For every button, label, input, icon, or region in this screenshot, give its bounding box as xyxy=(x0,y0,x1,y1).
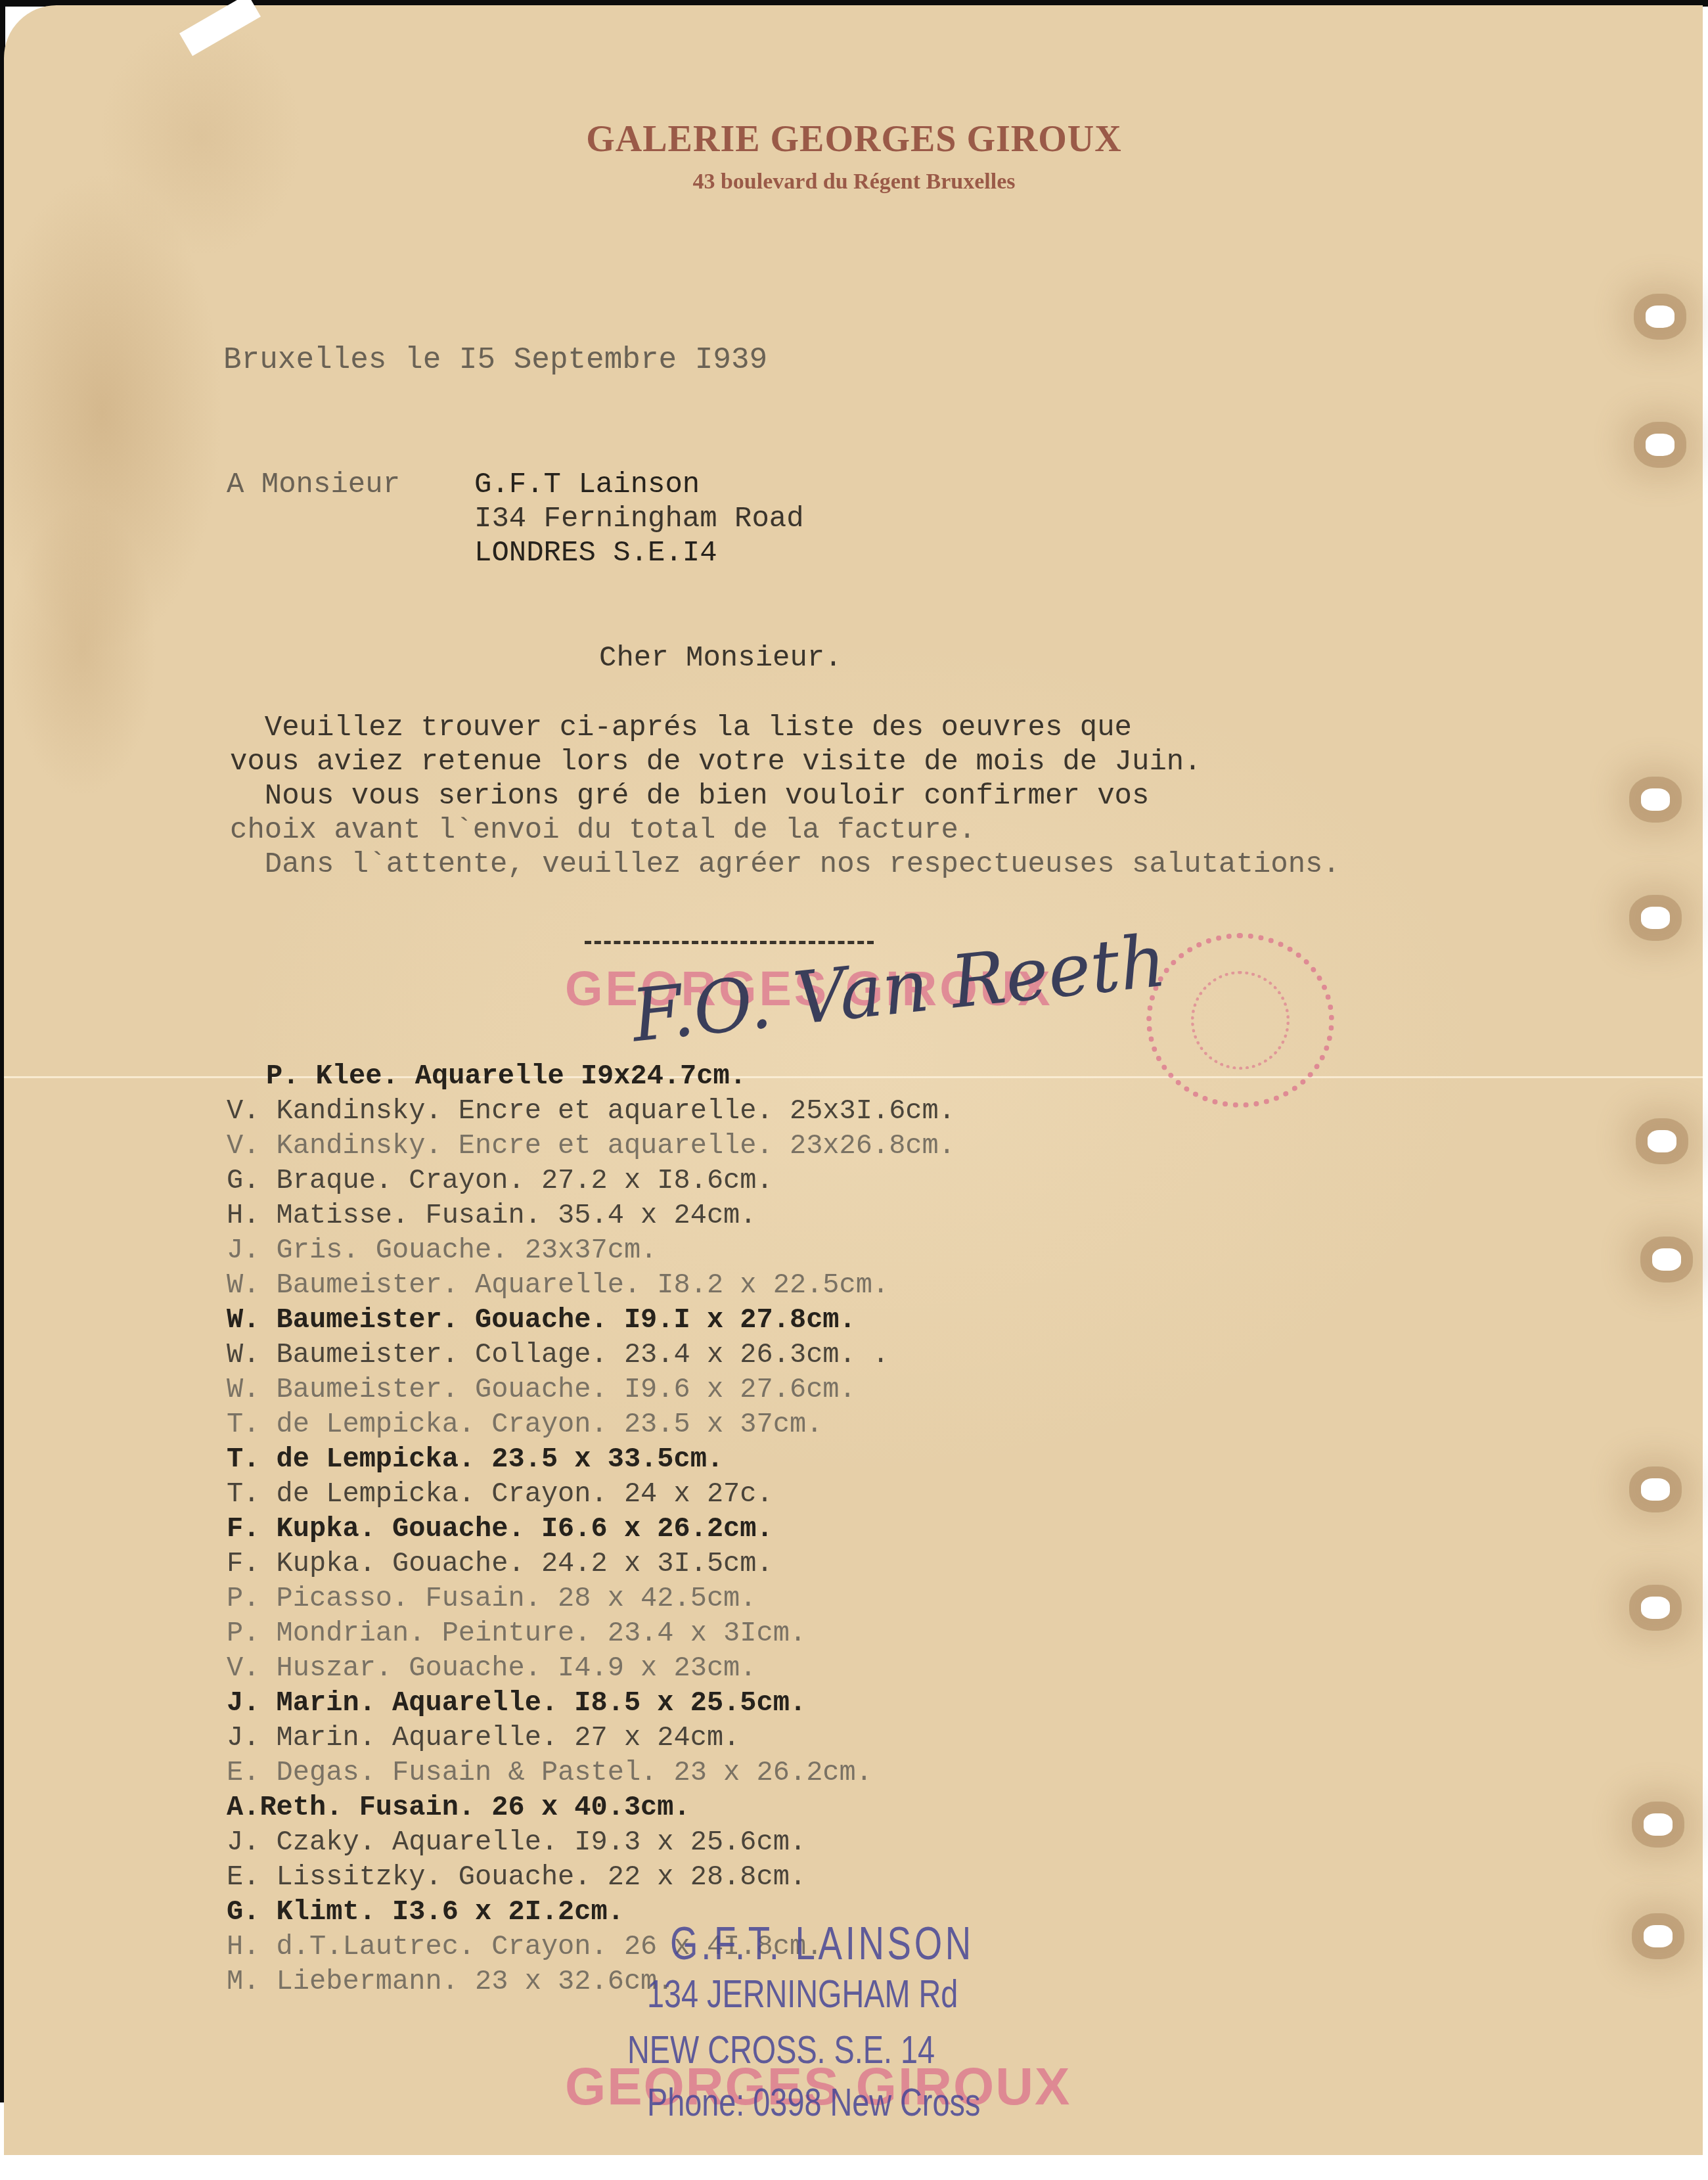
gallery-name: GALERIE GEORGES GIROUX xyxy=(0,118,1708,160)
artwork-item: W. Baumeister. Gouache. I9.6 x 27.6cm. xyxy=(227,1373,955,1407)
punch-hole xyxy=(1641,1478,1670,1501)
artwork-item: A.Reth. Fusain. 26 x 40.3cm. xyxy=(227,1790,955,1825)
signature-line xyxy=(585,941,874,944)
punch-hole xyxy=(1641,788,1670,811)
date-line: Bruxelles le I5 Septembre I939 xyxy=(223,343,767,377)
artwork-item: V. Huszar. Gouache. I4.9 x 23cm. xyxy=(227,1651,955,1686)
punch-hole xyxy=(1652,1248,1681,1271)
body-line-4: choix avant l`envoi du total de la factu… xyxy=(230,813,976,848)
recipient-stamp-name: G.F.T. LAINSON xyxy=(670,1917,974,1970)
artwork-item: P. Klee. Aquarelle I9x24.7cm. xyxy=(227,1059,955,1094)
gallery-seal-stamp xyxy=(1146,933,1334,1108)
artwork-item: F. Kupka. Gouache. 24.2 x 3I.5cm. xyxy=(227,1547,955,1581)
greeting: Cher Monsieur. xyxy=(599,641,842,675)
artwork-item: H. Matisse. Fusain. 35.4 x 24cm. xyxy=(227,1198,955,1233)
artwork-item: P. Picasso. Fusain. 28 x 42.5cm. xyxy=(227,1581,955,1616)
artwork-item: W. Baumeister. Gouache. I9.I x 27.8cm. xyxy=(227,1303,955,1338)
artwork-item: J. Czaky. Aquarelle. I9.3 x 25.6cm. xyxy=(227,1825,955,1860)
artwork-item: V. Kandinsky. Encre et aquarelle. 25x3I.… xyxy=(227,1094,955,1129)
seal-monogram xyxy=(1191,971,1290,1070)
punch-hole xyxy=(1646,306,1674,328)
punch-hole xyxy=(1644,1813,1673,1836)
artwork-list: P. Klee. Aquarelle I9x24.7cm. V. Kandins… xyxy=(227,1059,955,1999)
artwork-item: F. Kupka. Gouache. I6.6 x 26.2cm. xyxy=(227,1512,955,1547)
artwork-item: W. Baumeister. Aquarelle. I8.2 x 22.5cm. xyxy=(227,1268,955,1303)
artwork-item: T. de Lempicka. Crayon. 23.5 x 37cm. xyxy=(227,1407,955,1442)
body-line-3: Nous vous serions gré de bien vouloir co… xyxy=(230,779,1149,813)
artwork-item: P. Mondrian. Peinture. 23.4 x 3Icm. xyxy=(227,1616,955,1651)
recipient-stamp-phone: Phone: 0398 New Cross xyxy=(647,2079,980,2125)
gallery-address: 43 boulevard du Régent Bruxelles xyxy=(0,170,1708,194)
recipient-stamp-city: NEW CROSS. S.E. 14 xyxy=(627,2027,935,2072)
punch-hole xyxy=(1648,1130,1676,1152)
artwork-item: T. de Lempicka. Crayon. 24 x 27c. xyxy=(227,1477,955,1512)
artwork-item: J. Marin. Aquarelle. I8.5 x 25.5cm. xyxy=(227,1686,955,1721)
recipient-prefix: A Monsieur xyxy=(227,468,400,502)
artwork-item: G. Braque. Crayon. 27.2 x I8.6cm. xyxy=(227,1164,955,1198)
recipient-city: LONDRES S.E.I4 xyxy=(474,536,717,570)
recipient-street: I34 Ferningham Road xyxy=(474,502,804,536)
punch-hole xyxy=(1646,434,1674,456)
body-line-1: Veuillez trouver ci-aprés la liste des o… xyxy=(230,711,1132,745)
body-line-2: vous aviez retenue lors de votre visite … xyxy=(230,745,1202,779)
artwork-item: E. Degas. Fusain & Pastel. 23 x 26.2cm. xyxy=(227,1756,955,1790)
punch-hole xyxy=(1644,1925,1673,1947)
artwork-item: J. Marin. Aquarelle. 27 x 24cm. xyxy=(227,1721,955,1756)
recipient-stamp-street: 134 JERNINGHAM Rd xyxy=(647,1971,958,2016)
punch-hole xyxy=(1641,907,1670,929)
artwork-item: W. Baumeister. Collage. 23.4 x 26.3cm. . xyxy=(227,1338,955,1373)
body-line-5: Dans l`attente, veuillez agréer nos resp… xyxy=(230,848,1340,882)
punch-hole xyxy=(1641,1597,1670,1619)
artwork-item: V. Kandinsky. Encre et aquarelle. 23x26.… xyxy=(227,1129,955,1164)
artwork-item: T. de Lempicka. 23.5 x 33.5cm. xyxy=(227,1442,955,1477)
recipient-name: G.F.T Lainson xyxy=(474,468,700,502)
artwork-item: E. Lissitzky. Gouache. 22 x 28.8cm. xyxy=(227,1860,955,1895)
artwork-item: J. Gris. Gouache. 23x37cm. xyxy=(227,1233,955,1268)
